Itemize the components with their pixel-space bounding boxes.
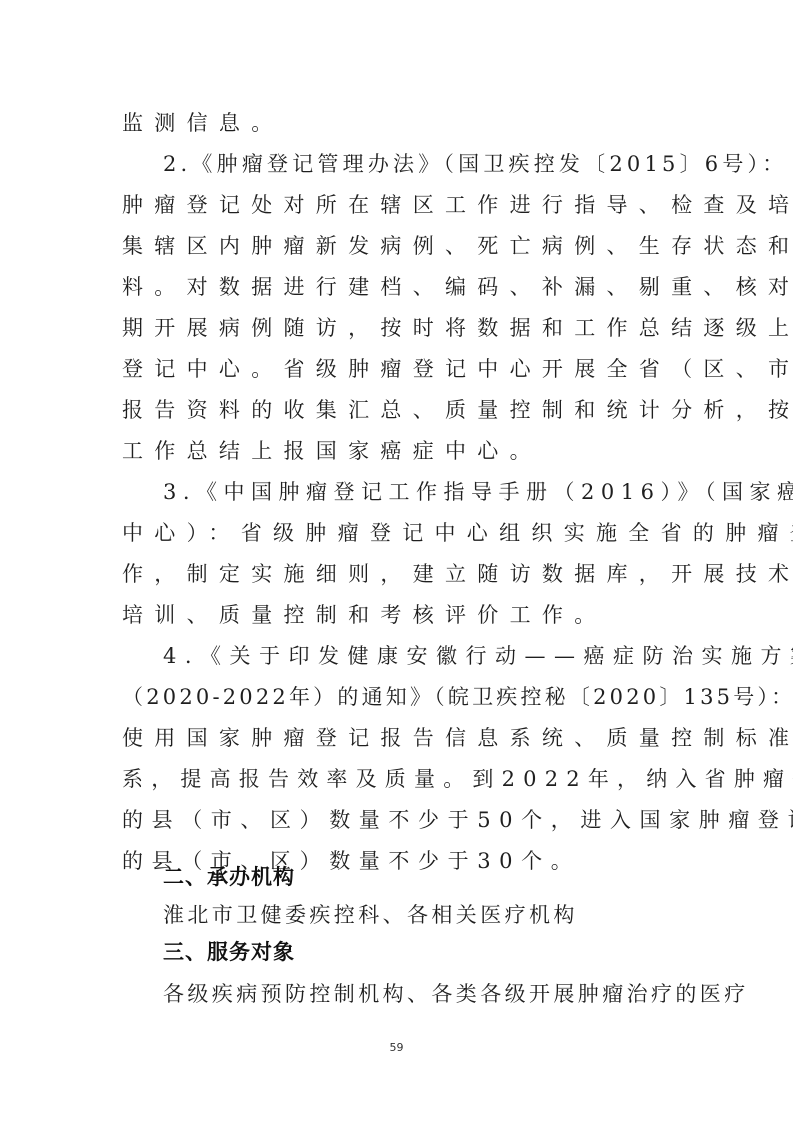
- paragraph-line: 登记中心。省级肿瘤登记中心开展全省（区、市）肿瘤登记: [122, 356, 682, 382]
- paragraph-line: 集辖区内肿瘤新发病例、死亡病例、生存状态和相关人口资: [122, 233, 682, 259]
- paragraph-line: 报告资料的收集汇总、质量控制和统计分析，按时将数据和: [122, 397, 682, 423]
- document-page: 监测信息。 2.《肿瘤登记管理办法》（国卫疾控发〔2015〕6号）： 肿瘤登记处…: [0, 0, 793, 1122]
- paragraph-line: 肿瘤登记处对所在辖区工作进行指导、检查及培训，及时收: [122, 192, 682, 218]
- page-number: 59: [0, 1041, 793, 1054]
- paragraph-line: 使用国家肿瘤登记报告信息系统、质量控制标准和评价体: [122, 725, 682, 751]
- item-4-title-line: 4.《关于印发健康安徽行动——癌症防治实施方案: [163, 643, 723, 669]
- paragraph-line: 监测信息。: [122, 110, 682, 136]
- paragraph-line: 系，提高报告效率及质量。到2022年，纳入省肿瘤登记年报: [122, 766, 682, 792]
- section-body-organizer: 淮北市卫健委疾控科、各相关医疗机构: [163, 902, 723, 928]
- paragraph-line: （2020-2022年）的通知》（皖卫疾控秘〔2020〕135号）：: [122, 684, 682, 710]
- paragraph-line: 工作总结上报国家癌症中心。: [122, 438, 682, 464]
- paragraph-line: 料。对数据进行建档、编码、补漏、剔重、核对、分析，定: [122, 274, 682, 300]
- section-heading-service-target: 三、服务对象: [163, 939, 295, 965]
- item-3-title-line: 3.《中国肿瘤登记工作指导手册（2016）》（国家癌症: [163, 479, 723, 505]
- paragraph-line: 的县（市、区）数量不少于50个，进入国家肿瘤登记年报: [122, 807, 682, 833]
- paragraph-line: 中心）：省级肿瘤登记中心组织实施全省的肿瘤登记随访工: [122, 520, 682, 546]
- paragraph-line: 培训、质量控制和考核评价工作。: [122, 602, 682, 628]
- paragraph-line: 作，制定实施细则，建立随访数据库，开展技术指导、人员: [122, 561, 682, 587]
- section-heading-organizer: 二、承办机构: [163, 864, 295, 890]
- section-body-service-target: 各级疾病预防控制机构、各类各级开展肿瘤治疗的医疗: [163, 981, 723, 1007]
- paragraph-line: 期开展病例随访，按时将数据和工作总结逐级上报省级肿瘤: [122, 315, 682, 341]
- item-2-title-line: 2.《肿瘤登记管理办法》（国卫疾控发〔2015〕6号）：: [163, 151, 723, 177]
